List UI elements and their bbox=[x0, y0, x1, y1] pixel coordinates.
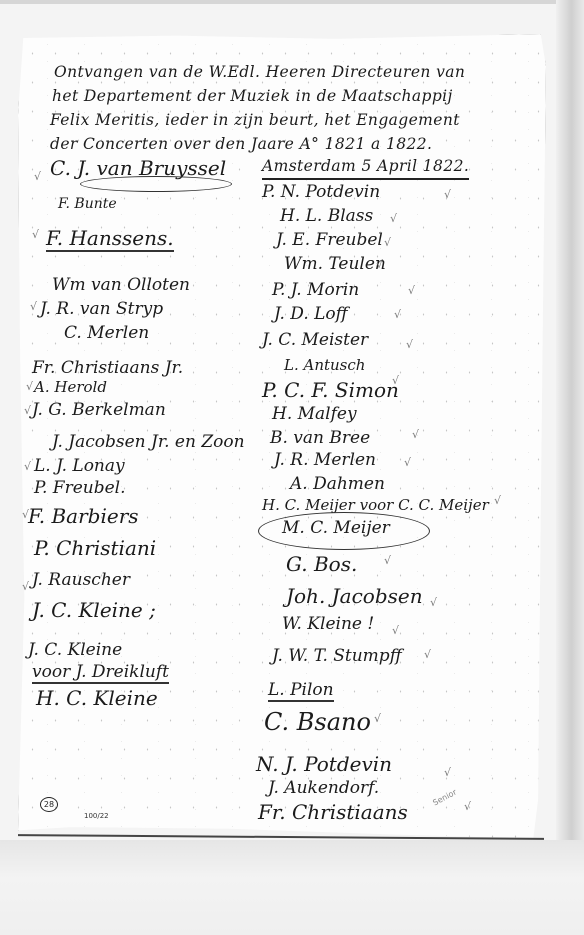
signature-right: J. Aukendorf. bbox=[268, 778, 379, 798]
check-mark-icon: √ bbox=[384, 554, 391, 567]
signature-left: J. C. Kleine ; bbox=[32, 598, 156, 622]
signature-left: F. Barbiers bbox=[28, 504, 139, 528]
signature-left: J. G. Berkelman bbox=[32, 400, 166, 420]
check-mark-icon: √ bbox=[406, 338, 413, 351]
signature-right: W. Kleine ! bbox=[282, 614, 374, 634]
signature-right: P. C. F. Simon bbox=[262, 378, 399, 402]
check-mark-icon: √ bbox=[404, 456, 411, 469]
signature-left: A. Herold bbox=[34, 378, 107, 396]
signature-left: L. J. Lonay bbox=[34, 456, 125, 476]
signature-left: J. C. Kleine bbox=[28, 640, 122, 660]
heading-line-4: der Concerten over den Jaare A° 1821 a 1… bbox=[50, 132, 432, 156]
signature-right: G. Bos. bbox=[286, 552, 357, 576]
signature-right: N. J. Potdevin bbox=[256, 752, 392, 776]
signature-left: Fr. Christiaans Jr. bbox=[32, 358, 183, 378]
reference-number: 100/22 bbox=[84, 812, 109, 820]
signature-right: B. van Bree bbox=[270, 428, 370, 448]
check-mark-icon: √ bbox=[30, 300, 37, 313]
check-mark-icon: √ bbox=[444, 188, 451, 201]
signature-right: Wm. Teulen bbox=[284, 254, 386, 274]
signature-right: P. J. Morin bbox=[272, 280, 359, 300]
signature-right: Fr. Christiaans bbox=[258, 800, 408, 824]
signature-left: P. Freubel. bbox=[34, 478, 126, 498]
check-mark-icon: √ bbox=[32, 228, 39, 241]
place-date: Amsterdam 5 April 1822. bbox=[262, 154, 469, 180]
signature-left: J. Jacobsen Jr. en Zoon bbox=[52, 432, 245, 452]
check-mark-icon: √ bbox=[24, 404, 31, 417]
signature-left: C. Merlen bbox=[64, 323, 149, 343]
signature-right: A. Dahmen bbox=[290, 474, 385, 494]
signature-right: J. E. Freubel bbox=[276, 230, 383, 250]
signature-left: P. Christiani bbox=[34, 536, 156, 560]
signature-right: H. Malfey bbox=[272, 404, 357, 424]
signature-right: J. W. T. Stumpff bbox=[272, 646, 402, 666]
signature-left: voor J. Dreikluft bbox=[32, 662, 169, 684]
signature-left: H. C. Kleine bbox=[36, 686, 158, 710]
signature-left: Wm van Olloten bbox=[52, 275, 190, 295]
check-mark-icon: √ bbox=[384, 236, 391, 249]
check-mark-icon: √ bbox=[464, 800, 471, 813]
signature-right: J. R. Merlen bbox=[274, 450, 376, 470]
signature-right: H. C. Meijer voor C. C. Meijer bbox=[262, 496, 489, 514]
check-mark-icon: √ bbox=[374, 712, 381, 725]
scan-border-bottom bbox=[0, 840, 584, 935]
check-mark-icon: √ bbox=[408, 284, 415, 297]
check-mark-icon: √ bbox=[34, 170, 41, 183]
scan-border-right bbox=[556, 0, 584, 935]
signature-right: P. N. Potdevin bbox=[262, 182, 380, 202]
folio-number: 28 bbox=[40, 797, 58, 812]
check-mark-icon: √ bbox=[26, 380, 33, 393]
signature-left: F. Hanssens. bbox=[46, 226, 174, 252]
signature-right: Joh. Jacobsen bbox=[286, 584, 423, 608]
check-mark-icon: √ bbox=[444, 766, 451, 779]
signature-right: J. C. Meister bbox=[262, 330, 368, 350]
signature-left: F. Bunte bbox=[58, 196, 117, 212]
signature-right: M. C. Meijer bbox=[282, 518, 390, 538]
check-mark-icon: √ bbox=[392, 374, 399, 387]
scan-border-top bbox=[0, 0, 584, 4]
signature-left: J. Rauscher bbox=[32, 570, 130, 590]
heading-line-2: het Departement der Muziek in de Maatsch… bbox=[52, 84, 453, 108]
signature-right: L. Pilon bbox=[268, 680, 334, 702]
check-mark-icon: √ bbox=[412, 428, 419, 441]
signature-right: J. D. Loff bbox=[274, 304, 348, 324]
check-mark-icon: √ bbox=[22, 508, 29, 521]
check-mark-icon: √ bbox=[22, 580, 29, 593]
signature-right: C. Bsano bbox=[264, 708, 371, 736]
check-mark-icon: √ bbox=[390, 212, 397, 225]
check-mark-icon: √ bbox=[392, 624, 399, 637]
check-mark-icon: √ bbox=[394, 308, 401, 321]
signature-right: L. Antusch bbox=[284, 356, 365, 374]
signature-flourish bbox=[80, 176, 232, 192]
signature-right: H. L. Blass bbox=[280, 206, 373, 226]
signature-left: J. R. van Stryp bbox=[40, 299, 163, 319]
check-mark-icon: √ bbox=[24, 460, 31, 473]
check-mark-icon: √ bbox=[494, 494, 501, 507]
check-mark-icon: √ bbox=[376, 258, 383, 271]
check-mark-icon: √ bbox=[424, 648, 431, 661]
check-mark-icon: √ bbox=[430, 596, 437, 609]
heading-line-1: Ontvangen van de W.Edl. Heeren Directeur… bbox=[54, 60, 465, 84]
heading-line-3: Felix Meritis, ieder in zijn beurt, het … bbox=[50, 108, 460, 132]
